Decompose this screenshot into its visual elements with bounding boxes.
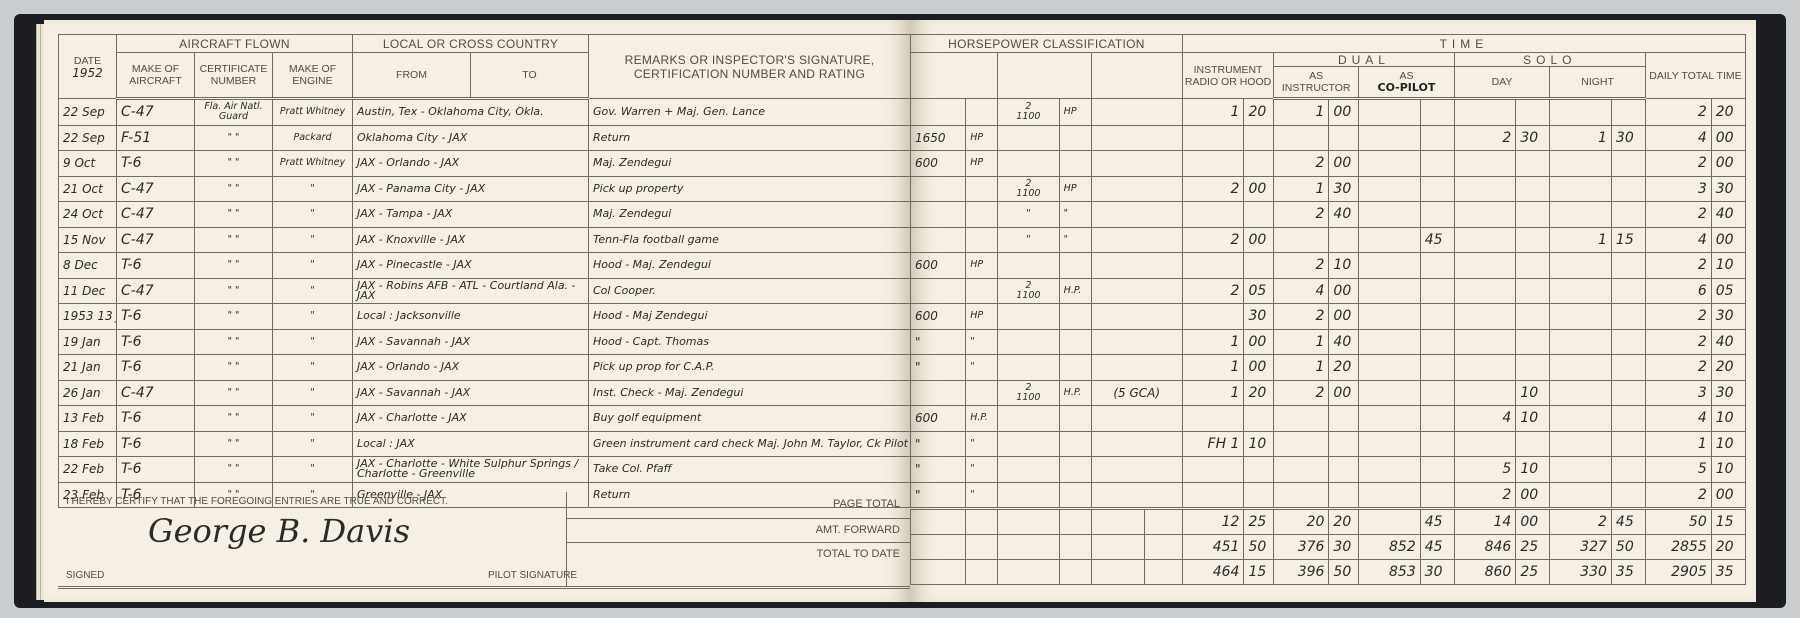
- table-row: 21 OctC-47" ""JAX - Panama City - JAXPic…: [59, 176, 911, 202]
- day-minutes-cell: [1516, 176, 1550, 202]
- night-minutes-cell: [1611, 151, 1645, 177]
- night-hours-cell: [1550, 176, 1612, 202]
- night-minutes-cell: [1611, 482, 1645, 509]
- day-hours-cell: 2: [1454, 125, 1516, 151]
- hp-multi-cell: 2 1100: [998, 380, 1060, 406]
- make-of-aircraft-header: MAKE OF AIRCRAFT: [117, 53, 195, 99]
- hp-multi-cell: [998, 125, 1060, 151]
- total-hours-cell: 2: [1645, 202, 1711, 228]
- hp-multi-unit-cell: ": [1059, 227, 1091, 253]
- hp-multi-unit-cell: [1059, 431, 1091, 457]
- instr-minutes-cell: 10: [1329, 253, 1359, 279]
- total-hours-cell: 4: [1645, 406, 1711, 432]
- copilot-hours-cell: [1359, 227, 1421, 253]
- inst-minutes-cell: 10: [1244, 431, 1274, 457]
- table-row: 11 DecC-47" ""JAX - Robins AFB - ATL - C…: [59, 278, 911, 304]
- day-minutes-cell: 10: [1516, 380, 1550, 406]
- hp-value-cell: 600: [911, 406, 966, 432]
- day-hours-cell: [1454, 380, 1516, 406]
- hp-multi-unit-cell: [1059, 482, 1091, 509]
- night-hours-cell: [1550, 253, 1612, 279]
- table-row: 600HP30200230: [911, 304, 1746, 330]
- total-hours-cell: 2: [1645, 99, 1711, 126]
- total-minutes-cell: 30: [1711, 380, 1745, 406]
- copilot-hours-cell: [1359, 125, 1421, 151]
- hp-note-cell: [1091, 227, 1182, 253]
- engine-cell: ": [273, 457, 353, 483]
- night-hours-cell: [1550, 202, 1612, 228]
- day-minutes-cell: 30: [1516, 125, 1550, 151]
- solo-header: SOLO: [1454, 53, 1645, 67]
- hp-multi-unit-cell: [1059, 355, 1091, 381]
- hp-multi-cell: ": [998, 202, 1060, 228]
- route-cell: JAX - Pinecastle - JAX: [353, 253, 589, 279]
- hp-note-cell: [1091, 431, 1182, 457]
- hp-note-cell: [1091, 329, 1182, 355]
- instr-minutes-cell: 00: [1329, 304, 1359, 330]
- copilot-minutes-cell: [1420, 355, 1454, 381]
- hp-note-cell: [1091, 253, 1182, 279]
- night-total-minutes: 50: [1611, 535, 1645, 560]
- day-hours-cell: [1454, 202, 1516, 228]
- hp-unit-cell: [966, 278, 998, 304]
- remarks-cell: Inst. Check - Maj. Zendegui: [589, 380, 911, 406]
- total-hours-cell: 4: [1645, 227, 1711, 253]
- copilot-hours-cell: [1359, 99, 1421, 126]
- hp-multi-unit-cell: [1059, 406, 1091, 432]
- total-hours-cell: 2: [1645, 151, 1711, 177]
- day-total-minutes: 00: [1516, 509, 1550, 535]
- engine-cell: ": [273, 406, 353, 432]
- hp-note-cell: [1091, 99, 1182, 126]
- copilot-minutes-cell: [1420, 406, 1454, 432]
- total-minutes-cell: 40: [1711, 329, 1745, 355]
- certificate-cell: " ": [195, 202, 273, 228]
- inst-hours-cell: 1: [1182, 380, 1244, 406]
- aircraft-cell: T-6: [117, 431, 195, 457]
- copilot-minutes-cell: [1420, 329, 1454, 355]
- total-minutes-cell: 10: [1711, 406, 1745, 432]
- certify-statement: I HEREBY CERTIFY THAT THE FOREGOING ENTR…: [66, 496, 448, 507]
- hp-unit-cell: H.P.: [966, 406, 998, 432]
- hp-multi-cell: [998, 457, 1060, 483]
- flight-log-table-left: DATE 1952 AIRCRAFT FLOWN LOCAL OR CROSS …: [58, 34, 911, 508]
- total-minutes-cell: 10: [1711, 253, 1745, 279]
- engine-cell: ": [273, 202, 353, 228]
- instr-hours-cell: [1274, 431, 1329, 457]
- day-minutes-cell: [1516, 329, 1550, 355]
- copilot-minutes-cell: [1420, 151, 1454, 177]
- hp-unit-cell: ": [966, 329, 998, 355]
- day-total-minutes: 25: [1516, 560, 1550, 585]
- day-minutes-cell: 00: [1516, 482, 1550, 509]
- hp-note-cell: [1091, 151, 1182, 177]
- day-minutes-cell: [1516, 355, 1550, 381]
- aircraft-cell: F-51: [117, 125, 195, 151]
- copilot-minutes-cell: 45: [1420, 227, 1454, 253]
- table-row: 8 DecT-6" ""JAX - Pinecastle - JAXHood -…: [59, 253, 911, 279]
- night-minutes-cell: [1611, 380, 1645, 406]
- hp-note-cell: (5 GCA): [1091, 380, 1182, 406]
- table-row: 600HP200200: [911, 151, 1746, 177]
- hp-value-cell: [911, 176, 966, 202]
- table-row: ""FH 110110: [911, 431, 1746, 457]
- total-total-hours: 2855: [1645, 535, 1711, 560]
- hp-note-cell: [1091, 304, 1182, 330]
- inst-minutes-cell: [1244, 457, 1274, 483]
- night-minutes-cell: [1611, 99, 1645, 126]
- hp-unit-cell: ": [966, 431, 998, 457]
- instr-hours-cell: 2: [1274, 380, 1329, 406]
- day-minutes-cell: [1516, 99, 1550, 126]
- certificate-cell: " ": [195, 329, 273, 355]
- instr-hours-cell: 1: [1274, 99, 1329, 126]
- aircraft-cell: C-47: [117, 176, 195, 202]
- aircraft-cell: T-6: [117, 304, 195, 330]
- total-total-minutes: 15: [1711, 509, 1745, 535]
- engine-cell: Pratt Whitney: [273, 99, 353, 126]
- day-hours-cell: 4: [1454, 406, 1516, 432]
- route-cell: JAX - Orlando - JAX: [353, 355, 589, 381]
- date-cell: 8 Dec: [59, 253, 117, 279]
- hp-note-cell: [1091, 176, 1182, 202]
- copilot-minutes-cell: [1420, 125, 1454, 151]
- total-hours-cell: 2: [1645, 355, 1711, 381]
- instr-minutes-cell: [1329, 227, 1359, 253]
- day-total-hours: 846: [1454, 535, 1516, 560]
- day-hours-cell: [1454, 304, 1516, 330]
- remarks-cell: Maj. Zendegui: [589, 151, 911, 177]
- total-minutes-cell: 10: [1711, 457, 1745, 483]
- route-cell: Local : JAX: [353, 431, 589, 457]
- inst-hours-cell: 2: [1182, 227, 1244, 253]
- copilot-hours-cell: [1359, 151, 1421, 177]
- instr-minutes-cell: [1329, 406, 1359, 432]
- inst-hours-cell: [1182, 202, 1244, 228]
- inst-hours-cell: FH 1: [1182, 431, 1244, 457]
- copilot-minutes-cell: [1420, 457, 1454, 483]
- remarks-cell: Hood - Maj. Zendegui: [589, 253, 911, 279]
- inst-total-minutes: 15: [1244, 560, 1274, 585]
- night-minutes-cell: [1611, 457, 1645, 483]
- day-hours-cell: 2: [1454, 482, 1516, 509]
- certification-footer: I HEREBY CERTIFY THAT THE FOREGOING ENTR…: [58, 492, 910, 592]
- day-minutes-cell: [1516, 151, 1550, 177]
- total-hours-cell: 5: [1645, 457, 1711, 483]
- remarks-header: REMARKS OR INSPECTOR'S SIGNATURE, CERTIF…: [589, 35, 911, 99]
- hp-note-cell: [1091, 482, 1182, 509]
- table-row: 22 SepC-47Fla. Air Natl. GuardPratt Whit…: [59, 99, 911, 126]
- route-cell: Austin, Tex - Oklahoma City, Okla.: [353, 99, 589, 126]
- aircraft-cell: T-6: [117, 253, 195, 279]
- table-row: ""100140240: [911, 329, 1746, 355]
- engine-cell: ": [273, 278, 353, 304]
- night-hours-cell: [1550, 151, 1612, 177]
- total-hours-cell: 3: [1645, 380, 1711, 406]
- route-cell: JAX - Knoxville - JAX: [353, 227, 589, 253]
- instr-hours-cell: [1274, 482, 1329, 509]
- date-cell: 21 Jan: [59, 355, 117, 381]
- instr-minutes-cell: 00: [1329, 380, 1359, 406]
- hp-unit-cell: ": [966, 482, 998, 509]
- daily-total-header: DAILY TOTAL TIME: [1645, 53, 1745, 99]
- hp-multi-unit-cell: [1059, 304, 1091, 330]
- table-row: 19 JanT-6" ""JAX - Savannah - JAXHood - …: [59, 329, 911, 355]
- hp-note-cell: [1091, 406, 1182, 432]
- hp-value-cell: [911, 202, 966, 228]
- total-to-date-row: 4641539650853308602533035290535: [911, 560, 1746, 585]
- hp-multi-cell: [998, 482, 1060, 509]
- hp-multi-unit-cell: H.P.: [1059, 380, 1091, 406]
- hp-unit-cell: [966, 227, 998, 253]
- remarks-cell: Tenn-Fla football game: [589, 227, 911, 253]
- table-row: 26 JanC-47" ""JAX - Savannah - JAXInst. …: [59, 380, 911, 406]
- day-total-minutes: 25: [1516, 535, 1550, 560]
- date-cell: 26 Jan: [59, 380, 117, 406]
- night-hours-cell: 1: [1550, 227, 1612, 253]
- remarks-cell: Col Cooper.: [589, 278, 911, 304]
- copilot-hours-cell: [1359, 278, 1421, 304]
- remarks-cell: Return: [589, 125, 911, 151]
- night-total-hours: 327: [1550, 535, 1612, 560]
- inst-total-minutes: 25: [1244, 509, 1274, 535]
- hp-multi-cell: [998, 151, 1060, 177]
- total-total-minutes: 20: [1711, 535, 1745, 560]
- night-minutes-cell: [1611, 202, 1645, 228]
- hp-value-cell: [911, 278, 966, 304]
- table-row: 21 JanT-6" ""JAX - Orlando - JAXPick up …: [59, 355, 911, 381]
- total-hours-cell: 2: [1645, 482, 1711, 509]
- total-minutes-cell: 40: [1711, 202, 1745, 228]
- local-cross-country-header: LOCAL OR CROSS COUNTRY: [353, 35, 589, 53]
- date-cell: 11 Dec: [59, 278, 117, 304]
- hp-multi-cell: [998, 406, 1060, 432]
- route-cell: JAX - Charlotte - White Sulphur Springs …: [353, 457, 589, 483]
- copilot-minutes-cell: [1420, 99, 1454, 126]
- hp-value-cell: 600: [911, 253, 966, 279]
- to-header: TO: [471, 53, 589, 99]
- certificate-cell: " ": [195, 304, 273, 330]
- day-minutes-cell: [1516, 304, 1550, 330]
- hp-unit-cell: ": [966, 355, 998, 381]
- day-minutes-cell: [1516, 278, 1550, 304]
- day-minutes-cell: [1516, 202, 1550, 228]
- table-row: 1953 13 JanT-6" ""Local : JacksonvilleHo…: [59, 304, 911, 330]
- inst-hours-cell: 1: [1182, 329, 1244, 355]
- engine-cell: Pratt Whitney: [273, 151, 353, 177]
- certificate-cell: " ": [195, 227, 273, 253]
- hp-multi-unit-cell: [1059, 253, 1091, 279]
- certificate-cell: " ": [195, 457, 273, 483]
- copilot-minutes-cell: [1420, 278, 1454, 304]
- hp-multi-cell: [998, 304, 1060, 330]
- hp-unit-cell: [966, 99, 998, 126]
- instrument-header: INSTRUMENT RADIO OR HOOD: [1182, 53, 1273, 99]
- instr-minutes-cell: [1329, 431, 1359, 457]
- table-row: 13 FebT-6" ""JAX - Charlotte - JAXBuy go…: [59, 406, 911, 432]
- night-hours-cell: [1550, 355, 1612, 381]
- certificate-cell: " ": [195, 380, 273, 406]
- hp-multi-cell: [998, 355, 1060, 381]
- remarks-cell: Green instrument card check Maj. John M.…: [589, 431, 911, 457]
- day-minutes-cell: 10: [1516, 457, 1550, 483]
- hp-value-cell: 600: [911, 304, 966, 330]
- inst-minutes-cell: [1244, 406, 1274, 432]
- total-hours-cell: 2: [1645, 253, 1711, 279]
- copilot-minutes-cell: [1420, 304, 1454, 330]
- hp-value-cell: ": [911, 482, 966, 509]
- day-hours-cell: [1454, 355, 1516, 381]
- instr-minutes-cell: 40: [1329, 329, 1359, 355]
- certificate-cell: " ": [195, 406, 273, 432]
- inst-minutes-cell: 30: [1244, 304, 1274, 330]
- hp-value-cell: [911, 227, 966, 253]
- table-row: 2 1100HP200130330: [911, 176, 1746, 202]
- hp-multi-cell: 2 1100: [998, 278, 1060, 304]
- day-hours-cell: [1454, 329, 1516, 355]
- hp-multi-unit-cell: [1059, 457, 1091, 483]
- inst-minutes-cell: 05: [1244, 278, 1274, 304]
- table-row: 9 OctT-6" "Pratt WhitneyJAX - Orlando - …: [59, 151, 911, 177]
- night-hours-cell: [1550, 380, 1612, 406]
- inst-hours-cell: [1182, 125, 1244, 151]
- night-hours-cell: [1550, 329, 1612, 355]
- inst-hours-cell: [1182, 482, 1244, 509]
- hp-value-cell: ": [911, 329, 966, 355]
- day-hours-cell: [1454, 253, 1516, 279]
- hp-multi-unit-cell: HP: [1059, 176, 1091, 202]
- table-row: ""100120220: [911, 355, 1746, 381]
- copilot-hours-cell: [1359, 304, 1421, 330]
- left-page: DATE 1952 AIRCRAFT FLOWN LOCAL OR CROSS …: [44, 20, 910, 602]
- night-hours-cell: [1550, 406, 1612, 432]
- aircraft-cell: T-6: [117, 151, 195, 177]
- certificate-cell: " ": [195, 278, 273, 304]
- horsepower-header: HORSEPOWER CLASSIFICATION: [911, 35, 1183, 53]
- instr-total-minutes: 20: [1329, 509, 1359, 535]
- total-minutes-cell: 05: [1711, 278, 1745, 304]
- day-minutes-cell: [1516, 227, 1550, 253]
- date-header: DATE 1952: [59, 35, 117, 99]
- total-hours-cell: 4: [1645, 125, 1711, 151]
- hp-multi-unit-cell: H.P.: [1059, 278, 1091, 304]
- total-minutes-cell: 30: [1711, 176, 1745, 202]
- aircraft-cell: T-6: [117, 355, 195, 381]
- inst-minutes-cell: 00: [1244, 355, 1274, 381]
- engine-cell: ": [273, 304, 353, 330]
- night-total-hours: 330: [1550, 560, 1612, 585]
- total-minutes-cell: 20: [1711, 355, 1745, 381]
- copilot-hours-cell: [1359, 329, 1421, 355]
- route-cell: JAX - Savannah - JAX: [353, 329, 589, 355]
- total-minutes-cell: 00: [1711, 151, 1745, 177]
- engine-cell: ": [273, 329, 353, 355]
- co-pilot-header: AS CO-PILOT: [1359, 67, 1455, 99]
- hp-unit-cell: HP: [966, 125, 998, 151]
- day-minutes-cell: 10: [1516, 406, 1550, 432]
- solo-night-header: NIGHT: [1550, 67, 1646, 99]
- inst-hours-cell: [1182, 457, 1244, 483]
- signed-label: SIGNED: [66, 570, 104, 581]
- inst-minutes-cell: [1244, 125, 1274, 151]
- table-row: 600HP210210: [911, 253, 1746, 279]
- instr-minutes-cell: [1329, 457, 1359, 483]
- night-hours-cell: [1550, 99, 1612, 126]
- night-hours-cell: [1550, 482, 1612, 509]
- date-cell: 22 Sep: [59, 125, 117, 151]
- aircraft-cell: C-47: [117, 380, 195, 406]
- instr-hours-cell: 1: [1274, 355, 1329, 381]
- inst-hours-cell: [1182, 253, 1244, 279]
- aircraft-cell: T-6: [117, 406, 195, 432]
- instr-minutes-cell: [1329, 125, 1359, 151]
- night-total-minutes: 45: [1611, 509, 1645, 535]
- instr-minutes-cell: [1329, 482, 1359, 509]
- instr-minutes-cell: 20: [1329, 355, 1359, 381]
- inst-minutes-cell: 00: [1244, 329, 1274, 355]
- certificate-cell: " ": [195, 253, 273, 279]
- table-row: 600H.P.410410: [911, 406, 1746, 432]
- day-hours-cell: [1454, 278, 1516, 304]
- date-cell: 22 Feb: [59, 457, 117, 483]
- hp-multi-unit-cell: HP: [1059, 99, 1091, 126]
- date-cell: 1953 13 Jan: [59, 304, 117, 330]
- copilot-hours-cell: [1359, 202, 1421, 228]
- night-hours-cell: 1: [1550, 125, 1612, 151]
- night-minutes-cell: [1611, 431, 1645, 457]
- hp-value-cell: 1650: [911, 125, 966, 151]
- route-cell: Local : Jacksonville: [353, 304, 589, 330]
- night-minutes-cell: [1611, 406, 1645, 432]
- inst-minutes-cell: 20: [1244, 380, 1274, 406]
- table-row: 15 NovC-47" ""JAX - Knoxville - JAXTenn-…: [59, 227, 911, 253]
- inst-total-hours: 12: [1182, 509, 1244, 535]
- pilot-signature-label: PILOT SIGNATURE: [488, 570, 577, 581]
- engine-cell: Packard: [273, 125, 353, 151]
- instr-total-hours: 396: [1274, 560, 1329, 585]
- hp-multi-cell: [998, 253, 1060, 279]
- table-row: 2 1100H.P.(5 GCA)12020010330: [911, 380, 1746, 406]
- aircraft-cell: C-47: [117, 227, 195, 253]
- inst-hours-cell: [1182, 151, 1244, 177]
- table-row: 22 SepF-51" "PackardOklahoma City - JAXR…: [59, 125, 911, 151]
- day-hours-cell: [1454, 176, 1516, 202]
- hp-unit-cell: HP: [966, 253, 998, 279]
- copilot-hours-cell: [1359, 176, 1421, 202]
- day-hours-cell: [1454, 227, 1516, 253]
- hp-value-cell: [911, 380, 966, 406]
- hp-multi-unit-cell: ": [1059, 202, 1091, 228]
- route-cell: JAX - Savannah - JAX: [353, 380, 589, 406]
- remarks-cell: Take Col. Pfaff: [589, 457, 911, 483]
- instr-total-hours: 20: [1274, 509, 1329, 535]
- date-cell: 19 Jan: [59, 329, 117, 355]
- hp-note-cell: [1091, 125, 1182, 151]
- hp-multi-cell: [998, 329, 1060, 355]
- hp-value-cell: ": [911, 457, 966, 483]
- total-minutes-cell: 00: [1711, 482, 1745, 509]
- inst-minutes-cell: [1244, 253, 1274, 279]
- table-row: ""510510: [911, 457, 1746, 483]
- date-cell: 21 Oct: [59, 176, 117, 202]
- inst-minutes-cell: 20: [1244, 99, 1274, 126]
- instr-minutes-cell: 00: [1329, 99, 1359, 126]
- table-row: 1650HP230130400: [911, 125, 1746, 151]
- total-total-hours: 2905: [1645, 560, 1711, 585]
- table-row: 2 1100HP120100220: [911, 99, 1746, 126]
- night-minutes-cell: [1611, 253, 1645, 279]
- copilot-hours-cell: [1359, 431, 1421, 457]
